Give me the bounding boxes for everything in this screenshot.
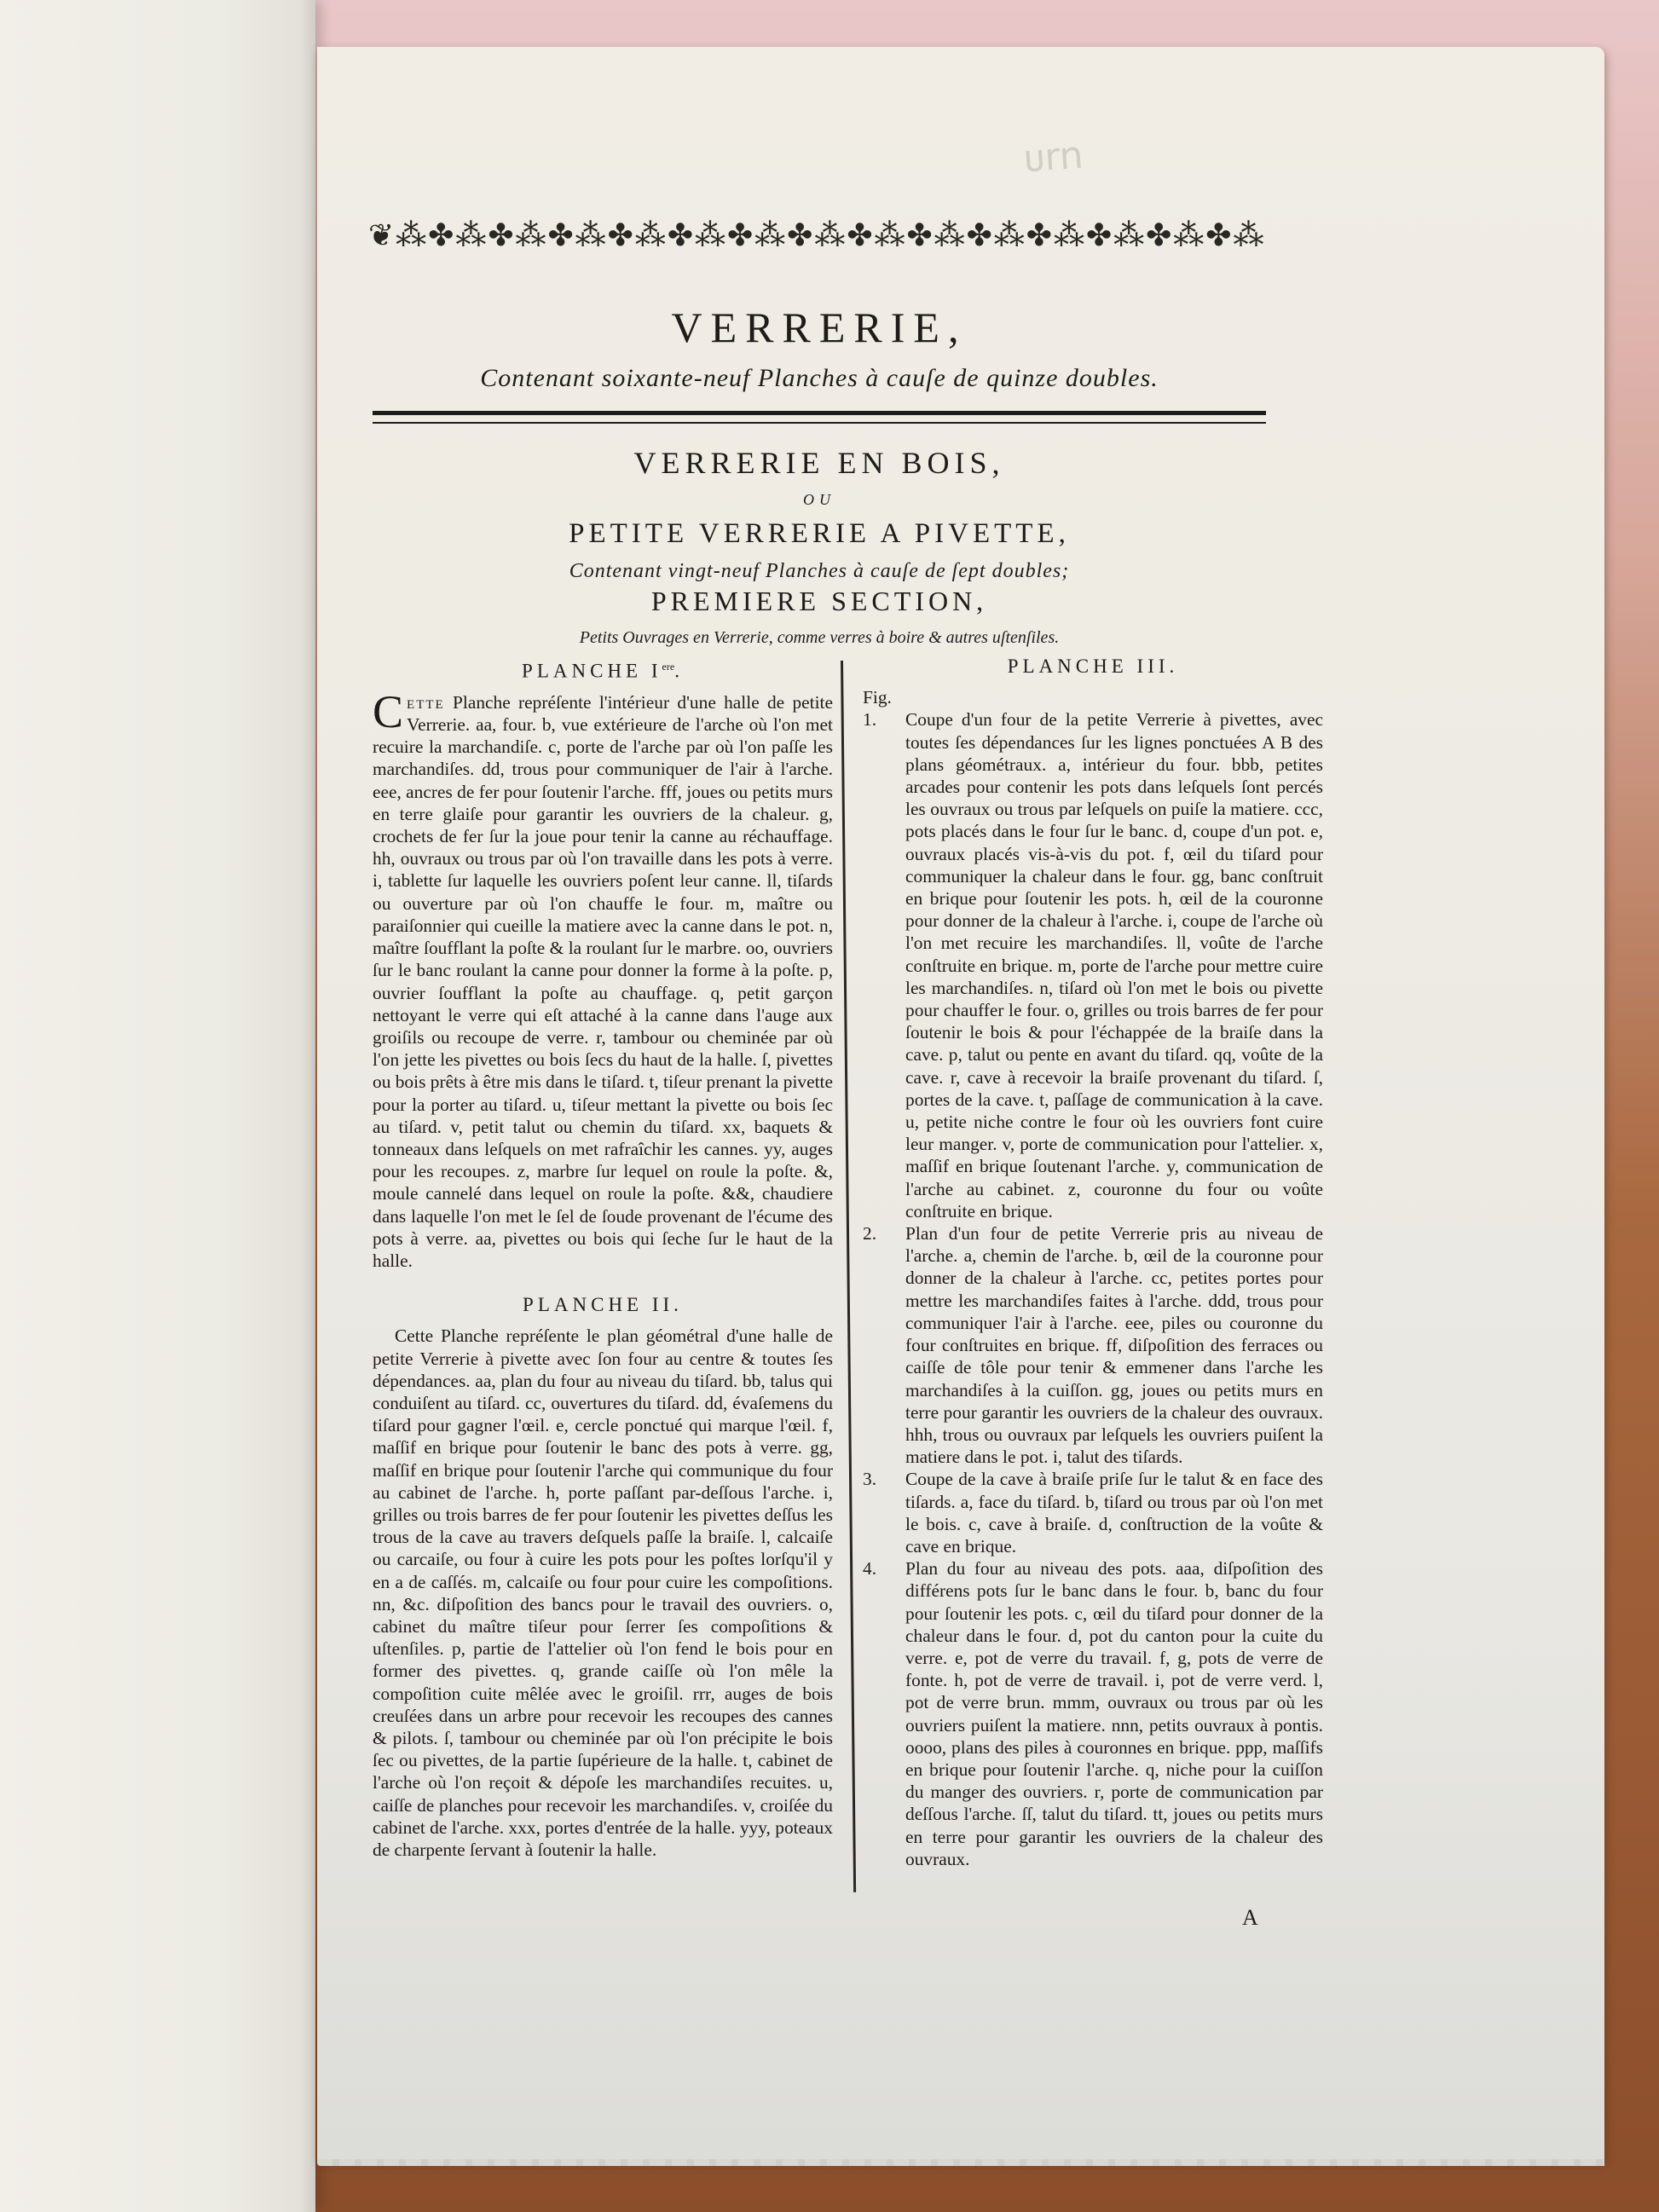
section-or: OU [317,491,1321,509]
facing-blank-leaf [0,0,315,2212]
planche-2-text: Cette Planche repréſente le plan géométr… [373,1325,833,1861]
figure-description: 3.Coupe de la cave à braiſe priſe ſur le… [863,1468,1323,1557]
part-subtitle: Petits Ouvrages en Verrerie, comme verre… [317,628,1321,648]
drop-cap: C [373,695,403,729]
figure-text: Coupe d'un four de la petite Verrerie à … [905,709,1323,1221]
figure-label: Fig. 1. [863,686,905,731]
figure-text: Plan d'un four de petite Verrerie pris a… [905,1223,1323,1467]
figure-description: 4.Plan du four au niveau des pots. aaa, … [863,1557,1323,1870]
deckle-edge [317,2159,1604,2166]
lead-in: ette [407,692,445,713]
planche-1-body: Planche repréſente l'intérieur d'une hal… [373,692,833,1271]
decorative-ornament-band: ❦⁂✤⁂✤⁂✤⁂✤⁂✤⁂✤⁂✤⁂✤⁂✤⁂✤⁂✤⁂✤⁂✤⁂✤⁂✤⁂✤⁂✤⁂❦ [368,211,1263,259]
section-alt-title: PETITE VERRERIE A PIVETTE, [317,518,1321,550]
figure-label: 3. [863,1468,905,1490]
planche-2-heading: PLANCHE II. [373,1294,833,1316]
double-rule-divider [373,411,1266,424]
figure-text: Plan du four au niveau des pots. aaa, di… [905,1558,1323,1869]
right-column: PLANCHE III. Fig. 1.Coupe d'un four de l… [863,652,1323,1870]
planche-1-heading: PLANCHE Iere. [373,656,833,683]
figure-label: 2. [863,1222,905,1245]
part-heading: PREMIERE SECTION, [317,586,1321,617]
left-column: PLANCHE Iere. Cette Planche repréſente l… [373,652,833,1861]
signature-mark: A [1242,1905,1258,1931]
planche-1-heading-text: PLANCHE I [522,661,662,682]
book-page: ᴜrn ❦⁂✤⁂✤⁂✤⁂✤⁂✤⁂✤⁂✤⁂✤⁂✤⁂✤⁂✤⁂✤⁂✤⁂✤⁂✤⁂✤⁂✤⁂… [317,47,1604,2161]
figure-description: 2.Plan d'un four de petite Verrerie pris… [863,1222,1323,1468]
section-subtitle: Contenant vingt-neuf Planches à cauſe de… [317,560,1321,583]
page-subtitle: Contenant soixante-neuf Planches à cauſe… [317,364,1321,393]
planche-1-text: Cette Planche repréſente l'intérieur d'u… [373,691,833,1272]
figure-description: Fig. 1.Coupe d'un four de la petite Verr… [863,686,1323,1222]
section-title: VERRERIE EN BOIS, [317,445,1321,481]
figure-label: 4. [863,1557,905,1580]
planche-1-heading-sup: ere [662,661,675,673]
figure-text: Coupe de la cave à braiſe priſe ſur le t… [905,1469,1323,1556]
column-divider [841,661,856,1892]
page-title: VERRERIE, [317,303,1321,352]
planche-3-heading: PLANCHE III. [863,656,1323,678]
